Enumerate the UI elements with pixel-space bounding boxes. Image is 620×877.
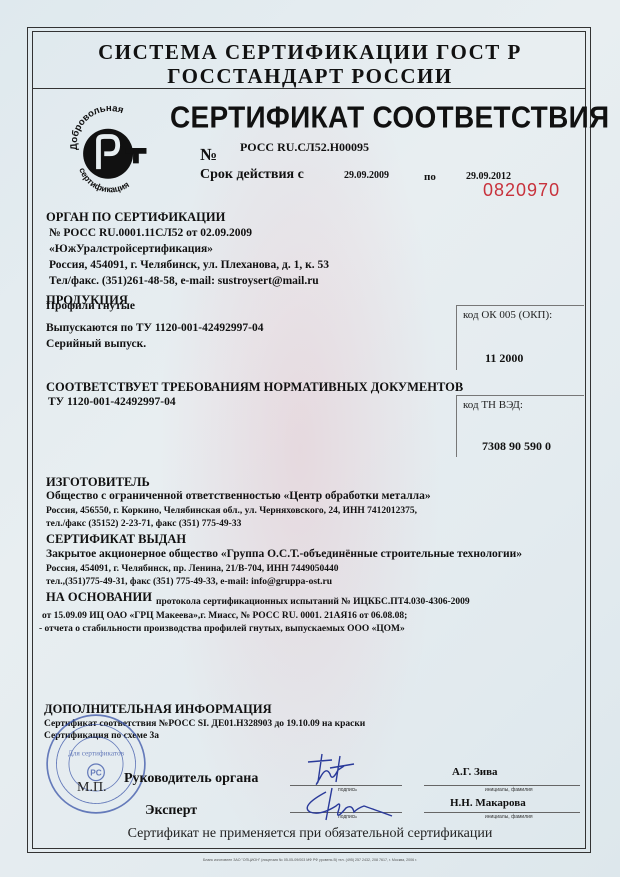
head-label: Руководитель органа: [124, 771, 258, 787]
system-subtitle: ГОССТАНДАРТ РОССИИ: [0, 64, 620, 88]
certification-body-line: Тел/факс. (351)261-48-58, e-mail: sustro…: [49, 275, 319, 287]
okp-label: код ОК 005 (ОКП):: [463, 309, 552, 321]
conformity-heading: СООТВЕТСТВУЕТ ТРЕБОВАНИЯМ НОРМАТИВНЫХ ДО…: [46, 380, 463, 395]
certification-body-line: «ЮжУралстройсертификация»: [49, 243, 213, 255]
rst-voluntary-certification-logo: Добровольная сертификация: [62, 100, 158, 196]
official-seal-stamp: Для сертификатов PC: [44, 712, 148, 816]
svg-text:PC: PC: [90, 767, 102, 777]
serial-number: 0820970: [483, 180, 560, 201]
footer-note: Сертификат не применяется при обязательн…: [0, 826, 620, 842]
tnved-value: 7308 90 590 0: [482, 439, 551, 454]
issued-to-line: Россия, 454091, г. Челябинск, пр. Ленина…: [46, 564, 339, 574]
manufacturer-heading: ИЗГОТОВИТЕЛЬ: [46, 475, 150, 490]
manufacturer-line: тел./факс (35152) 2-23-71, факс (351) 77…: [46, 519, 241, 529]
basis-line: от 15.09.09 ИЦ ОАО «ГРЦ Макеева»,г. Миас…: [42, 611, 407, 621]
number-sign: №: [200, 145, 217, 165]
okp-value: 11 2000: [485, 351, 523, 366]
validity-label: Срок действия с: [200, 167, 304, 183]
manufacturer-line: Россия, 456550, г. Коркино, Челябинская …: [46, 506, 417, 516]
valid-to-label: по: [424, 171, 436, 183]
certification-body-line: Россия, 454091, г. Челябинск, ул. Плехан…: [49, 259, 329, 271]
tnved-label: код ТН ВЭД:: [463, 399, 523, 411]
issued-to-line: тел.,(351)775-49-31, факс (351) 775-49-3…: [46, 577, 332, 587]
valid-from: 29.09.2009: [344, 170, 389, 181]
expert-name-line: [424, 812, 580, 813]
head-name-caption: инициалы, фамилия: [485, 787, 533, 793]
certification-body-heading: ОРГАН ПО СЕРТИФИКАЦИИ: [46, 210, 225, 225]
printer-line: Бланк изготовлен ЗАО "ОПЦИОН" (лицензия …: [0, 858, 620, 862]
product-name: Профили гнутые: [46, 300, 135, 312]
stamp-place-label: М.П.: [77, 780, 107, 796]
system-title: СИСТЕМА СЕРТИФИКАЦИИ ГОСТ Р: [0, 40, 620, 64]
expert-name: Н.Н. Макарова: [450, 797, 526, 809]
expert-name-caption: инициалы, фамилия: [485, 814, 533, 820]
product-line: Выпускаются по ТУ 1120-001-42492997-04: [46, 322, 263, 334]
head-name-line: [424, 785, 580, 786]
basis-line: протокола сертификационных испытаний № И…: [156, 597, 470, 607]
header-divider: [32, 88, 586, 89]
okp-code-box: код ОК 005 (ОКП): 11 2000: [456, 305, 584, 370]
basis-line: - отчета о стабильности производства про…: [39, 624, 405, 634]
issued-to-name: Закрытое акционерное общество «Группа О.…: [46, 548, 522, 560]
tnved-code-box: код ТН ВЭД: 7308 90 590 0: [456, 395, 584, 457]
product-line: Серийный выпуск.: [46, 338, 146, 350]
certificate-title: СЕРТИФИКАТ СООТВЕТСТВИЯ: [170, 100, 609, 135]
certificate-number: РОСС RU.СЛ52.Н00095: [240, 140, 369, 155]
conformity-document: ТУ 1120-001-42492997-04: [48, 396, 176, 408]
head-name: А.Г. Зива: [452, 766, 498, 778]
head-signature: [300, 752, 380, 790]
issued-to-heading: СЕРТИФИКАТ ВЫДАН: [46, 532, 186, 547]
basis-heading: НА ОСНОВАНИИ: [46, 590, 152, 605]
certification-body-line: № РОСС RU.0001.11СЛ52 от 02.09.2009: [49, 227, 252, 239]
stamp-center-text: Для сертификатов: [68, 750, 125, 758]
manufacturer-name: Общество с ограниченной ответственностью…: [46, 490, 431, 502]
expert-label: Эксперт: [145, 803, 197, 819]
expert-signature: [296, 786, 406, 822]
